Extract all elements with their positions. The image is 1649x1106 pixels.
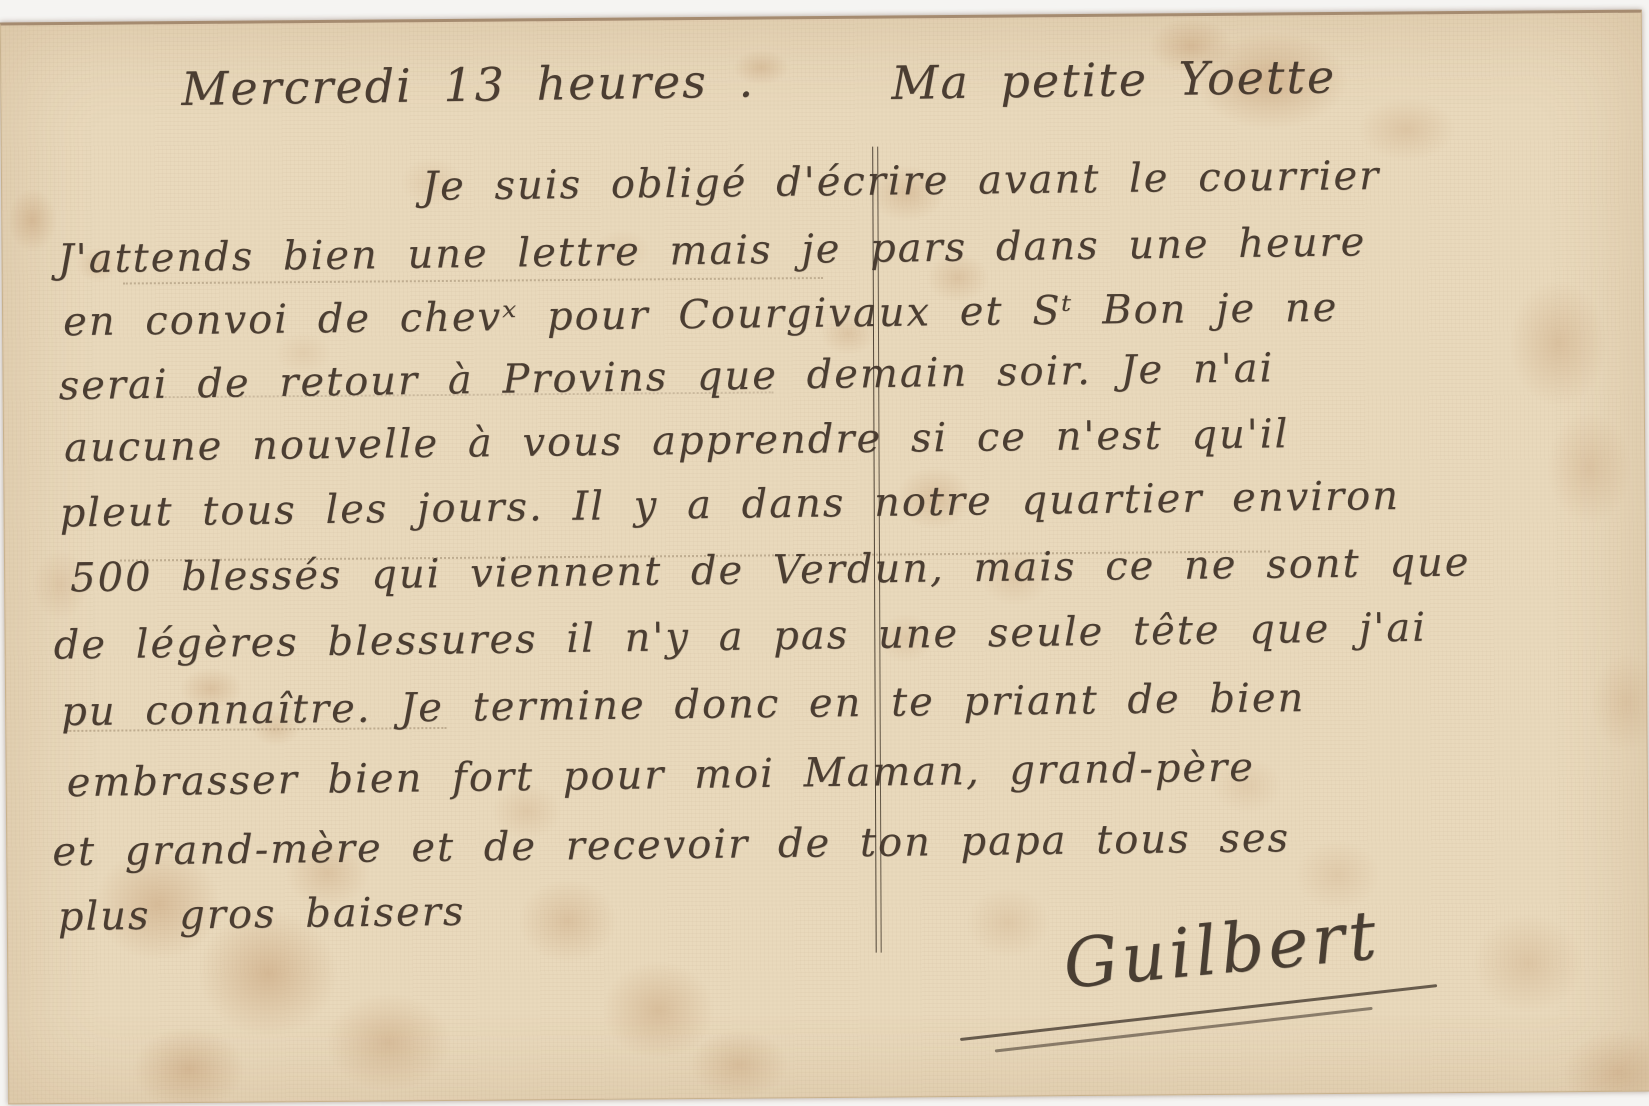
handwriting-line: embrasser bien fort pour moi Maman, gran…	[66, 745, 1255, 807]
handwriting-line: plus gros baisers	[58, 889, 466, 940]
handwriting-line: aucune nouvelle à vous apprendre si ce n…	[64, 411, 1290, 471]
handwriting-line: pleut tous les jours. Il y a dans notre …	[59, 473, 1400, 537]
handwriting-line: Je suis obligé d'écrire avant le courrie…	[422, 153, 1381, 210]
handwriting-line: en convoi de chevˣ pour Courgivaux et Sᵗ…	[63, 285, 1339, 345]
handwriting-line: et grand-mère et de recevoir de ton papa…	[52, 815, 1290, 875]
header-salutation: Ma petite Yoette	[891, 49, 1337, 110]
signature-flourish	[960, 984, 1437, 1041]
handwriting-line: J'attends bien une lettre mais je pars d…	[57, 219, 1366, 282]
header-date-time: Mercredi 13 heures .	[181, 54, 756, 117]
postcard: Mercredi 13 heures . Ma petite Yoette Je…	[0, 10, 1649, 1105]
signature: Guilbert	[1060, 896, 1383, 1005]
handwriting-line: de légères blessures il n'y a pas une se…	[53, 605, 1427, 669]
scanner-background: Mercredi 13 heures . Ma petite Yoette Je…	[0, 0, 1649, 1106]
handwriting-line: serai de retour à Provins que demain soi…	[58, 345, 1274, 409]
handwriting-line: pu connaître. Je termine donc en te pria…	[61, 675, 1306, 735]
handwriting-line: 500 blessés qui viennent de Verdun, mais…	[70, 539, 1471, 601]
